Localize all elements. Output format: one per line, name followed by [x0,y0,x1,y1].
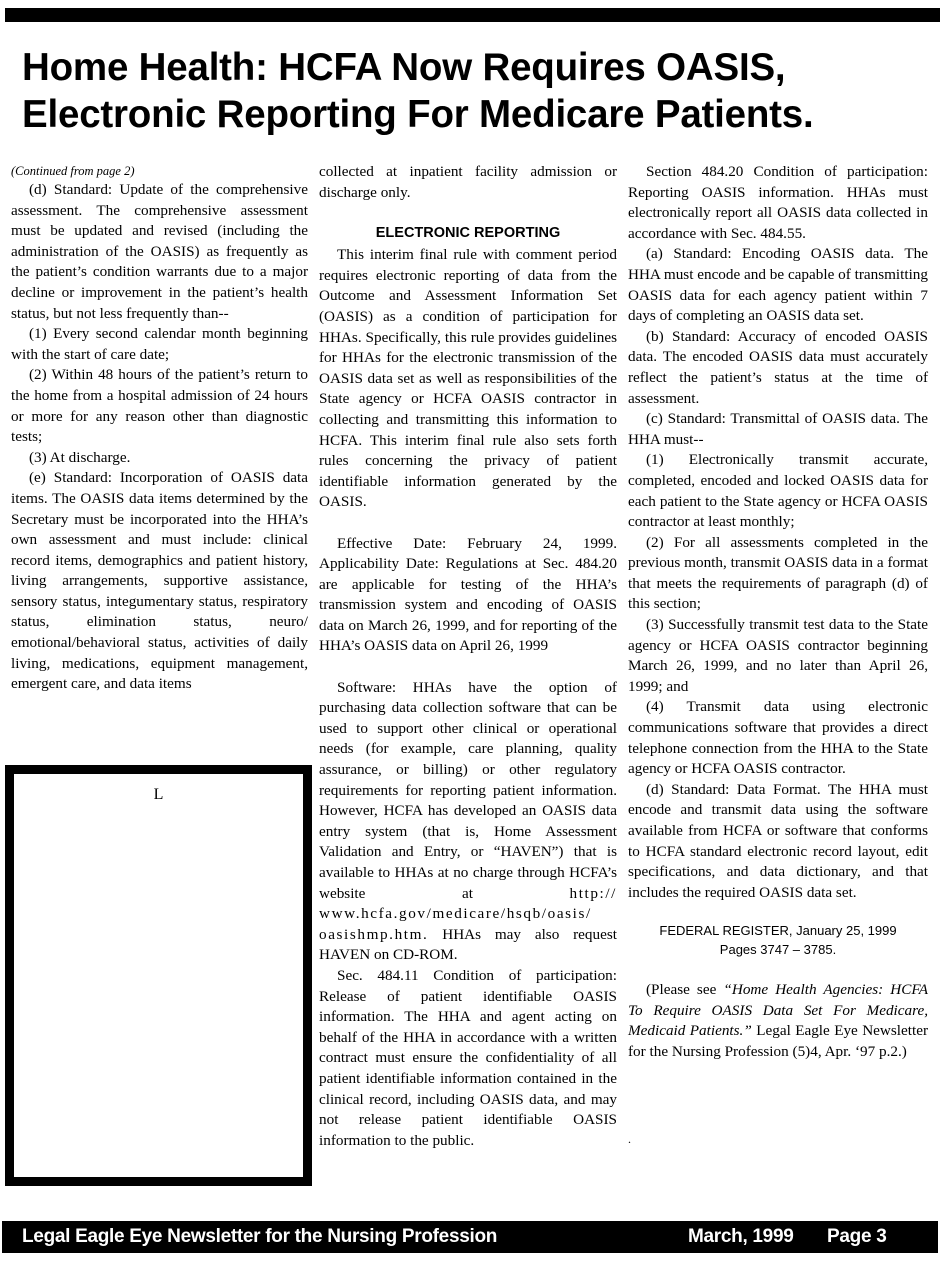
top-rule [5,8,940,22]
trailing-mark: . [628,1132,631,1147]
paragraph-continuation: collected at inpatient facility admissio… [319,162,617,203]
see-also-prefix: (Please see [646,981,723,998]
paragraph: (1) Electronically transmit accurate, co… [628,450,928,532]
paragraph: (4) Transmit data using electronic commu… [628,697,928,779]
image-placeholder-box: L [5,765,312,1186]
citation: FEDERAL REGISTER, January 25, 1999 Pages… [628,921,928,959]
paragraph: Section 484.20 Condition of participatio… [628,162,928,244]
see-also-paragraph: (Please see “Home Health Agencies: HCFA … [628,980,928,1062]
paragraph: (b) Standard: Accuracy of encoded OASIS … [628,327,928,409]
footer-page-number: Page 3 [827,1226,886,1248]
headline-line-1: Home Health: HCFA Now Requires OASIS, [22,44,932,91]
footer-publication: Legal Eagle Eye Newsletter for the Nursi… [22,1226,497,1248]
paragraph: This interim final rule with comment per… [319,245,617,513]
paragraph: (c) Standard: Transmittal of OASIS data.… [628,409,928,450]
continued-note: (Continued from page 2) [11,162,308,180]
citation-line-2: Pages 3747 – 3785. [720,942,836,957]
paragraph: (2) Within 48 hours of the patient’s ret… [11,365,308,447]
column-1: (Continued from page 2) (d) Standard: Up… [11,162,308,695]
paragraph: (d) Standard: Update of the comprehensiv… [11,180,308,324]
headline-line-2: Electronic Reporting For Medicare Patien… [22,91,932,138]
paragraph: (d) Standard: Data Format. The HHA must … [628,780,928,904]
paragraph: Sec. 484.11 Condition of participation: … [319,966,617,1151]
section-heading: ELECTRONIC REPORTING [319,223,617,243]
paragraph: (a) Standard: Encoding OASIS data. The H… [628,244,928,326]
paragraph: (1) Every second calendar month beginnin… [11,324,308,365]
citation-line-1: FEDERAL REGISTER, January 25, 1999 [659,923,896,938]
column-2: collected at inpatient facility admissio… [319,162,617,1151]
page-headline: Home Health: HCFA Now Requires OASIS, El… [22,44,932,138]
paragraph: Software: HHAs have the option of purcha… [319,678,617,966]
software-text: Software: HHAs have the option of purcha… [319,679,617,902]
footer-bar: Legal Eagle Eye Newsletter for the Nursi… [2,1221,938,1253]
paragraph: Effective Date: February 24, 1999. Appli… [319,534,617,658]
paragraph: (2) For all assessments completed in the… [628,533,928,615]
footer-date: March, 1999 [688,1226,794,1248]
paragraph: (3) Successfully transmit test data to t… [628,615,928,697]
column-3: Section 484.20 Condition of participatio… [628,162,928,1062]
image-placeholder-letter: L [14,786,303,804]
paragraph: (3) At discharge. [11,448,308,469]
paragraph: (e) Standard: Incorporation of OASIS dat… [11,468,308,695]
